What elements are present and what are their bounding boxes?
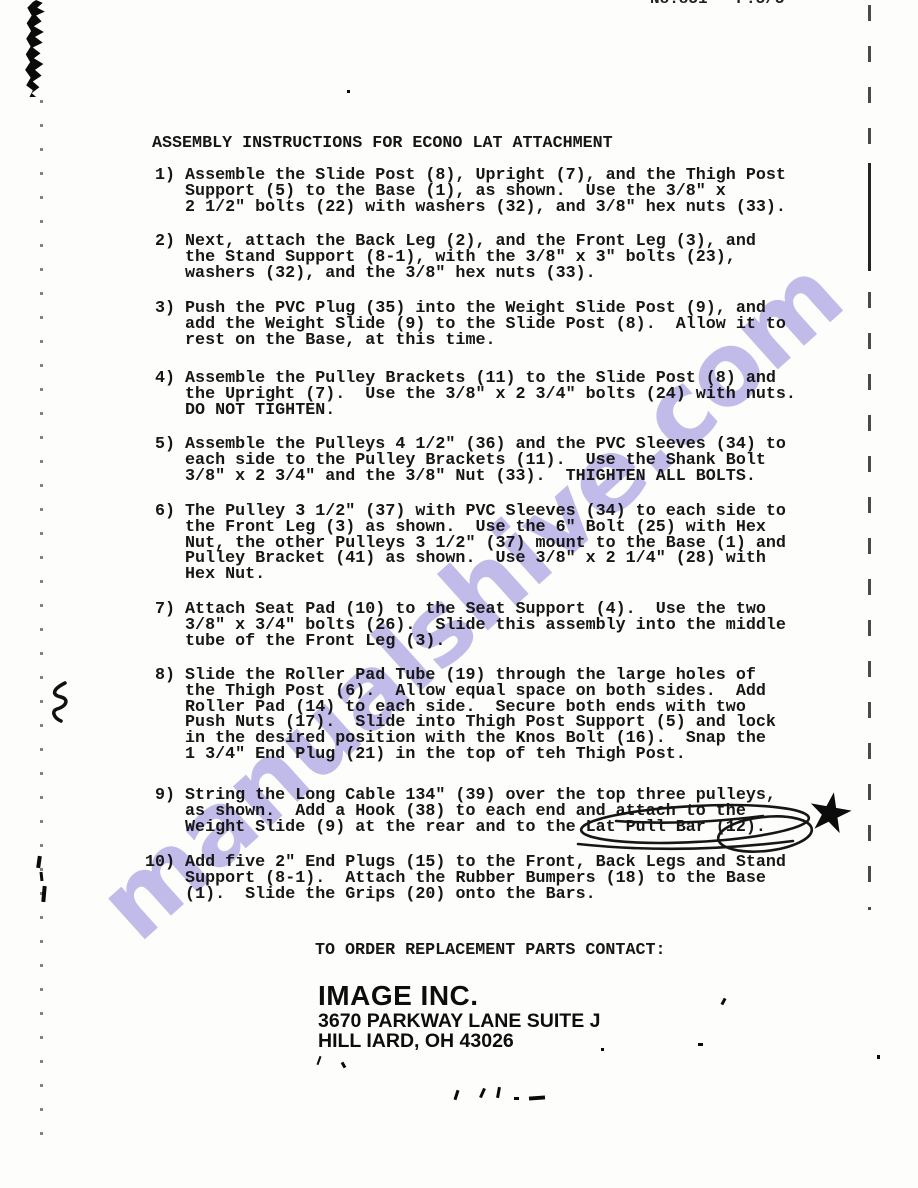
scanned-document-page: manualshive.com No.851 P.5/5 ASSEMBLY IN… — [0, 0, 918, 1188]
instruction-step-1: 1) Assemble the Slide Post (8), Upright … — [155, 168, 786, 215]
instruction-step-5: 5) Assemble the Pulleys 4 1/2" (36) and … — [155, 437, 786, 484]
scan-speck — [529, 1095, 545, 1100]
scan-speck — [601, 1048, 604, 1051]
scan-speck — [341, 1062, 347, 1069]
star-icon: ★ — [802, 782, 859, 844]
instruction-step-3: 3) Push the PVC Plug (35) into the Weigh… — [155, 301, 786, 348]
scan-speck — [454, 1090, 460, 1100]
scan-speck — [721, 998, 727, 1006]
scan-artifact-squiggle — [48, 680, 72, 726]
scan-speck — [317, 1056, 322, 1065]
fax-header-fragment: No.851 P.5/5 — [650, 0, 784, 8]
instruction-step-8: 8) Slide the Roller Pad Tube (19) throug… — [155, 668, 776, 763]
scan-artifact-right-dashed-line — [868, 5, 871, 910]
scan-artifact-left-streak — [24, 0, 46, 97]
scan-artifact-right-dash-long — [868, 163, 871, 271]
scan-speck — [496, 1087, 501, 1098]
company-address-line2: HILL IARD, OH 43026 — [318, 1030, 514, 1053]
instruction-step-2: 2) Next, attach the Back Leg (2), and th… — [155, 234, 756, 281]
scan-speck — [698, 1043, 703, 1046]
scan-artifact-left-dots — [40, 100, 43, 1140]
scan-speck — [514, 1097, 519, 1100]
scan-speck — [877, 1055, 880, 1059]
instruction-step-7: 7) Attach Seat Pad (10) to the Seat Supp… — [155, 602, 786, 649]
page-title: ASSEMBLY INSTRUCTIONS FOR ECONO LAT ATTA… — [152, 136, 613, 152]
scan-speck — [41, 886, 46, 902]
instruction-step-4: 4) Assemble the Pulley Brackets (11) to … — [155, 371, 796, 418]
scan-speck — [479, 1088, 486, 1098]
instruction-step-6: 6) The Pulley 3 1/2" (37) with PVC Sleev… — [155, 504, 786, 583]
scan-speck — [347, 90, 350, 93]
company-name: IMAGE INC. — [318, 980, 479, 1012]
order-contact-line: TO ORDER REPLACEMENT PARTS CONTACT: — [315, 943, 666, 959]
